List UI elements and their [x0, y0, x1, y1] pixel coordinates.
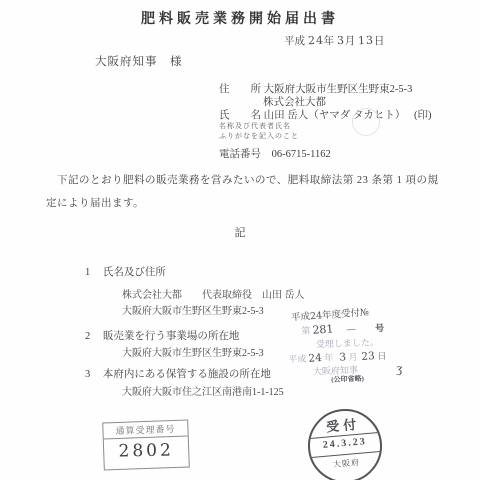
date-era: 平成: [284, 36, 305, 47]
record-marker: 記: [0, 224, 480, 240]
body-paragraph-line1: 下記のとおり肥料の販売業務を営みたいので、肥料取締法第 23 条第 1 項の規: [46, 172, 439, 187]
serial-number-stamp: 通算受理番号 2802: [102, 420, 190, 471]
name-label: 氏 名: [219, 110, 261, 121]
serial-stamp-number-handwritten: 2802: [104, 440, 188, 461]
form-note-2: ふりがなを記入のこと: [219, 131, 299, 141]
item-3-heading: 3 本府内にある保管する施設の所在地: [85, 366, 271, 381]
item-1-number: 1: [85, 267, 90, 278]
date-month-unit: 月: [345, 36, 356, 47]
document-date: 平成 24年 3月 13日: [284, 33, 384, 48]
receipt-no-handwritten: 281: [312, 322, 334, 336]
phone-value: 06-6715-1162: [272, 149, 331, 160]
item-2-number: 2: [85, 331, 90, 342]
receipt-no-suffix: 号: [375, 323, 384, 333]
receipt-date-era: 平成: [288, 354, 306, 365]
receipt-fiscal-year-handwritten: 平成24年度受付№: [290, 304, 369, 323]
scanned-document: 肥料販売業務開始届出書 平成 24年 3月 13日 大阪府知事 様 住 所 大阪…: [0, 0, 480, 480]
date-day-handwritten: 13: [358, 34, 374, 48]
form-note-1: 名称及び代表者氏名: [219, 121, 291, 131]
body-paragraph-line2: 定により届出ます。: [46, 195, 144, 210]
receipt-accepted-text: 受理しました。: [316, 335, 379, 350]
receipt-no-dash: ―: [346, 325, 356, 336]
receipt-date-year-unit: 年: [324, 353, 333, 363]
received-date-stamp: 受付 24.3.23 大阪府: [305, 406, 385, 480]
item-1-title: 氏名及び住所: [103, 267, 166, 278]
receipt-no-prefix: 第: [301, 326, 310, 336]
serial-stamp-label: 通算受理番号: [103, 421, 188, 440]
receipt-date-month: 3: [339, 351, 347, 363]
item-3-title: 本府内にある保管する施設の所在地: [103, 369, 271, 380]
receipt-annotation: 平成24年度受付№ 第 281 ― 号 受理しました。 平成 24 年 3 月 …: [287, 302, 480, 389]
item-3-line1: 大阪府大阪市住之江区南港南1-1-125: [122, 383, 284, 398]
date-year-handwritten: 24: [307, 34, 323, 48]
date-year-unit: 年: [324, 36, 335, 47]
handwritten-initial-mark: ʒ: [396, 360, 404, 377]
receipt-date-day: 23: [361, 350, 375, 363]
item-3-number: 3: [85, 369, 90, 380]
receipt-seal-omitted: (公印省略): [331, 374, 364, 385]
seal-placeholder: (印): [414, 110, 432, 121]
receipt-date-month-unit: 月: [348, 352, 357, 362]
date-day-unit: 日: [374, 36, 385, 47]
phone-row: 電話番号 06-6715-1162: [219, 146, 331, 161]
applicant-name-row: 氏 名 山田 岳人（ヤマダ タカヒト） (印): [219, 107, 432, 122]
document-title: 肥料販売業務開始届出書: [0, 8, 480, 28]
item-1-line2: 大阪府大阪市生野区生野東2-5-3: [122, 302, 264, 317]
phone-label: 電話番号: [219, 149, 261, 160]
item-1-heading: 1 氏名及び住所: [85, 264, 166, 279]
item-2-line1: 大阪府大阪市生野区生野東2-5-3: [122, 344, 264, 359]
addressee: 大阪府知事 様: [95, 53, 183, 69]
address-label: 住 所: [219, 84, 261, 95]
stamp-issuer: 大阪府: [311, 455, 382, 472]
receipt-date-year: 24: [308, 352, 322, 365]
item-2-title: 販売業を行う事業場の所在地: [103, 331, 240, 342]
item-2-heading: 2 販売業を行う事業場の所在地: [85, 328, 239, 343]
item-1-line1: 株式会社大都 代表取締役 山田 岳人: [122, 286, 305, 301]
name-value: 山田 岳人（ヤマダ タカヒト）: [264, 110, 406, 121]
date-month-handwritten: 3: [337, 34, 345, 47]
receipt-date-day-unit: 日: [377, 351, 386, 361]
